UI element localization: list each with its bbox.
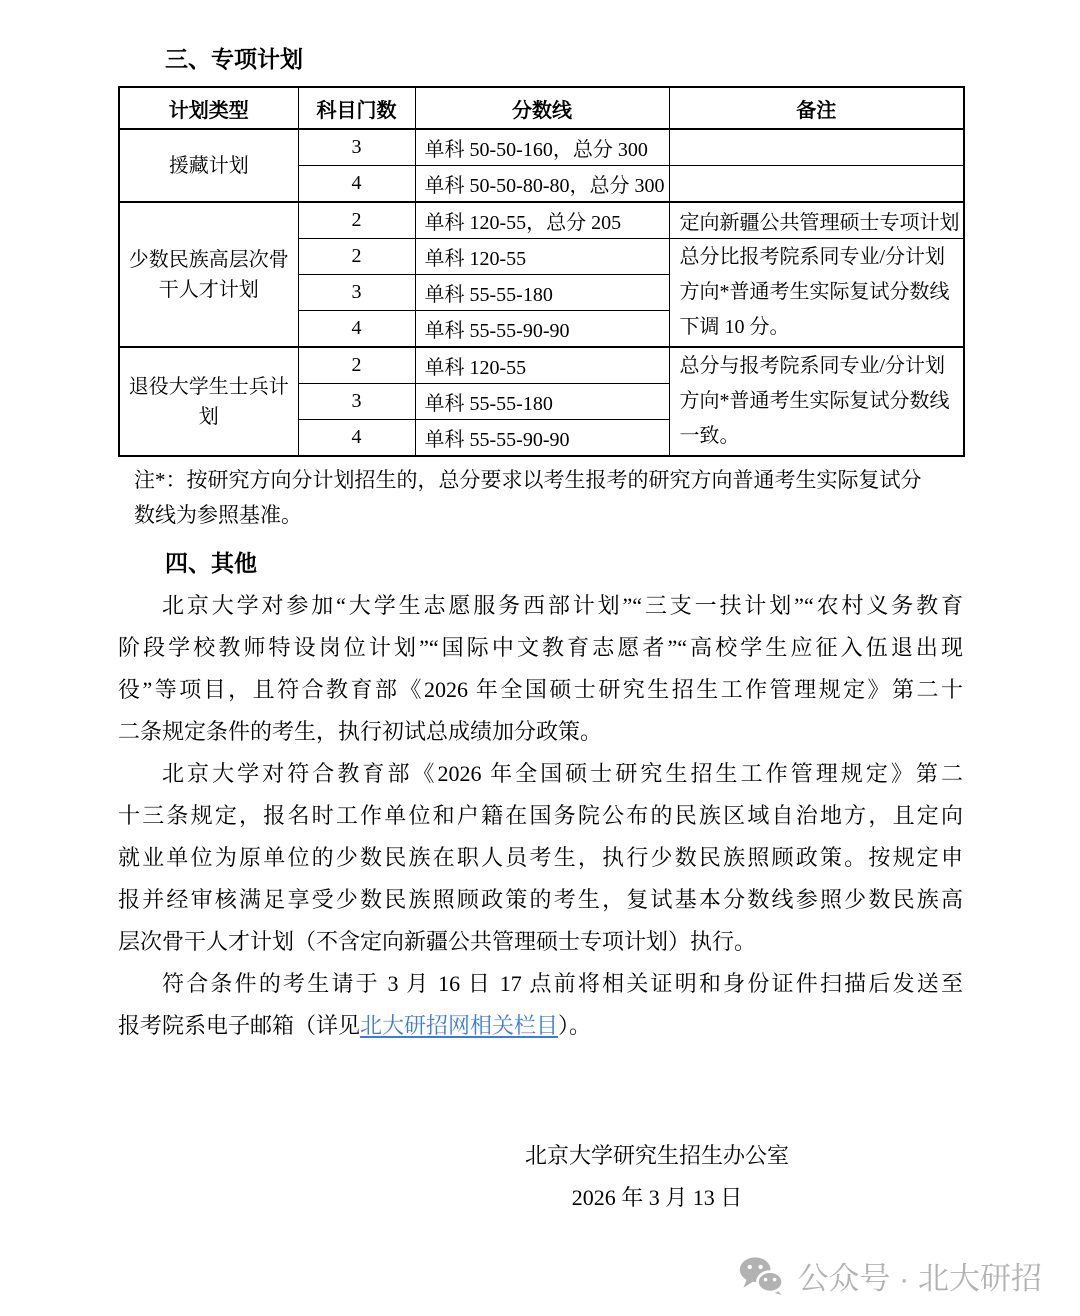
- subjects-cell: 3: [298, 129, 415, 166]
- paragraph-deadline: 符合条件的考生请于 3 月 16 日 17 点前将相关证明和身份证件扫描后发送至…: [118, 963, 963, 1047]
- signature-block: 北京大学研究生招生办公室 2026 年 3 月 13 日: [442, 1135, 872, 1219]
- score-cell: 单科 55-55-90-90: [415, 420, 669, 457]
- table-row: 少数民族高层次骨干人才计划 2 单科 120-55，总分 205 定向新疆公共管…: [119, 202, 964, 239]
- remark-cell: 总分比报考院系同专业/分计划方向*普通考生实际复试分数线下调 10 分。: [669, 239, 964, 348]
- header-score-line: 分数线: [415, 87, 669, 129]
- table-row: 退役大学生士兵计划 2 单科 120-55 总分与报考院系同专业/分计划方向*普…: [119, 347, 964, 384]
- header-plan-type: 计划类型: [119, 87, 298, 129]
- score-cell: 单科 55-55-180: [415, 275, 669, 311]
- document-content: 三、专项计划 计划类型 科目门数 分数线 备注 援藏计划 3 单科 50-50-…: [0, 0, 1080, 1219]
- signature-office: 北京大学研究生招生办公室: [442, 1135, 872, 1177]
- score-cell: 单科 50-50-160，总分 300: [415, 129, 669, 166]
- wechat-account-footer: 公众号 · 北大研招: [738, 1253, 1042, 1298]
- paragraph-line: 就业单位为原单位的少数民族在职人员考生，执行少数民族照顾政策。按规定申: [118, 837, 963, 879]
- paragraph-line: 十三条规定，报名时工作单位和户籍在国务院公布的民族区域自治地方，且定向: [118, 795, 963, 837]
- score-cell: 单科 120-55: [415, 239, 669, 275]
- subjects-cell: 4: [298, 166, 415, 203]
- paragraph-line: 层次骨干人才计划（不含定向新疆公共管理硕士专项计划）执行。: [118, 921, 963, 963]
- table-note-line: 注*：按研究方向分计划招生的，总分要求以考生报考的研究方向普通考生实际复试分: [134, 463, 946, 498]
- document-page: 三、专项计划 计划类型 科目门数 分数线 备注 援藏计划 3 单科 50-50-…: [0, 0, 1080, 1316]
- signature-date: 2026 年 3 月 13 日: [442, 1177, 872, 1219]
- subjects-cell: 4: [298, 311, 415, 348]
- subjects-cell: 4: [298, 420, 415, 457]
- subjects-cell: 3: [298, 384, 415, 420]
- section3-title: 三、专项计划: [118, 0, 963, 75]
- paragraph-line: 北京大学对符合教育部《2026 年全国硕士研究生招生工作管理规定》第二: [118, 753, 963, 795]
- remark-cell: [669, 166, 964, 203]
- paragraph-line: 北京大学对参加“大学生志愿服务西部计划”“三支一扶计划”“农村义务教育: [118, 585, 963, 627]
- deadline-text-before-link: 报考院系电子邮箱（详见: [118, 1013, 360, 1038]
- score-cell: 单科 120-55: [415, 347, 669, 384]
- paragraph-line: 报考院系电子邮箱（详见北大研招网相关栏目）。: [118, 1005, 963, 1047]
- remark-cell: 定向新疆公共管理硕士专项计划: [669, 202, 964, 239]
- score-cell: 单科 120-55，总分 205: [415, 202, 669, 239]
- score-line-table: 计划类型 科目门数 分数线 备注 援藏计划 3 单科 50-50-160，总分 …: [118, 86, 965, 457]
- remark-cell: 总分与报考院系同专业/分计划方向*普通考生实际复试分数线一致。: [669, 347, 964, 456]
- paragraph-line: 符合条件的考生请于 3 月 16 日 17 点前将相关证明和身份证件扫描后发送至: [118, 963, 963, 1005]
- footer-label: 公众号 · 北大研招: [797, 1253, 1042, 1298]
- subjects-cell: 2: [298, 347, 415, 384]
- plan-cell: 援藏计划: [119, 129, 298, 202]
- table-row: 援藏计划 3 单科 50-50-160，总分 300: [119, 129, 964, 166]
- subjects-cell: 2: [298, 202, 415, 239]
- subjects-cell: 2: [298, 239, 415, 275]
- header-remark: 备注: [669, 87, 964, 129]
- deadline-text-after-link: ）。: [558, 1013, 591, 1038]
- table-header-row: 计划类型 科目门数 分数线 备注: [119, 87, 964, 129]
- paragraph-line: 役”等项目，且符合教育部《2026 年全国硕士研究生招生工作管理规定》第二十: [118, 669, 963, 711]
- subjects-cell: 3: [298, 275, 415, 311]
- score-cell: 单科 55-55-180: [415, 384, 669, 420]
- table-note: 注*：按研究方向分计划招生的，总分要求以考生报考的研究方向普通考生实际复试分 数…: [134, 463, 946, 533]
- score-cell: 单科 50-50-80-80，总分 300: [415, 166, 669, 203]
- pku-grad-admissions-site-link[interactable]: 北大研招网相关栏目: [360, 1013, 558, 1038]
- score-cell: 单科 55-55-90-90: [415, 311, 669, 348]
- paragraph-line: 二条规定条件的考生，执行初试总成绩加分政策。: [118, 711, 963, 753]
- paragraph-minority-policy: 北京大学对符合教育部《2026 年全国硕士研究生招生工作管理规定》第二 十三条规…: [118, 753, 963, 963]
- plan-cell: 退役大学生士兵计划: [119, 347, 298, 456]
- paragraph-line: 报并经审核满足享受少数民族照顾政策的考生，复试基本分数线参照少数民族高: [118, 879, 963, 921]
- remark-cell: [669, 129, 964, 166]
- wechat-icon: [738, 1256, 785, 1296]
- header-subject-count: 科目门数: [298, 87, 415, 129]
- paragraph-bonus-policy: 北京大学对参加“大学生志愿服务西部计划”“三支一扶计划”“农村义务教育 阶段学校…: [118, 585, 963, 753]
- table-note-line: 数线为参照基准。: [134, 498, 946, 533]
- paragraph-line: 阶段学校教师特设岗位计划”“国际中文教育志愿者”“高校学生应征入伍退出现: [118, 627, 963, 669]
- section4-title: 四、其他: [118, 533, 963, 579]
- plan-cell: 少数民族高层次骨干人才计划: [119, 202, 298, 347]
